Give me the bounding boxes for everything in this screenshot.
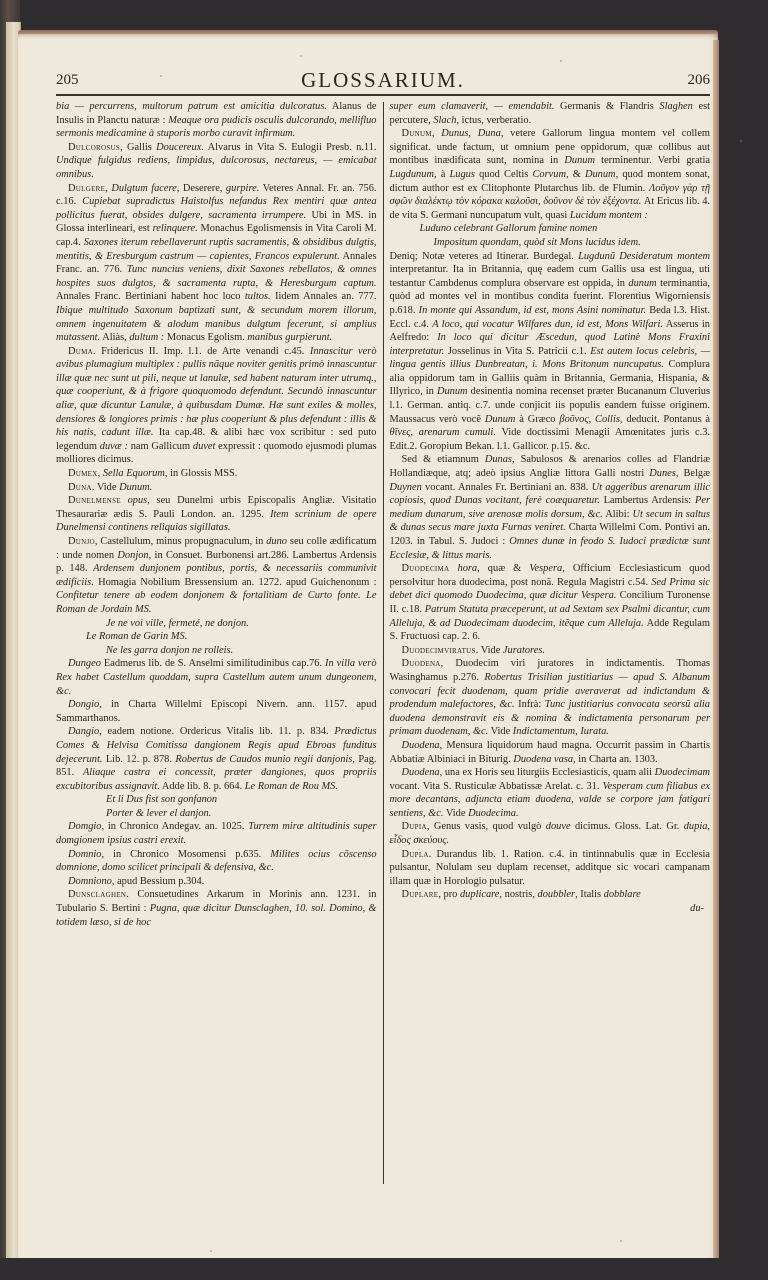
glossary-entry: Dunjo, Castellulum, minus propugnaculum,… <box>56 535 377 617</box>
italic-text: Duodecimam <box>655 767 710 778</box>
glossary-entry: Duna. Vide Dunum. <box>56 481 377 495</box>
headword: Duplare <box>402 889 439 900</box>
headword: Dulgere <box>68 183 105 194</box>
italic-text: Lucidum montem : <box>570 210 648 221</box>
italic-text: Lugus <box>450 169 475 180</box>
roman-text: nam Gallicum <box>128 441 193 452</box>
italic-text: Duodena <box>402 740 440 751</box>
italic-text: duplicare <box>460 889 499 900</box>
roman-text: terminentur. Verbi gratia <box>595 155 710 166</box>
glossary-entry: Sed & etiamnum Dunas, Sabulosos & arenar… <box>390 453 711 562</box>
page-number-right: 206 <box>688 72 711 89</box>
roman-text: Annales Franc. Bertiniani habent hoc loc… <box>56 291 245 302</box>
roman-text: Monacus Egolism. <box>164 332 247 343</box>
italic-text: Slach <box>433 115 456 126</box>
roman-text: , Italis <box>575 889 604 900</box>
italic-text: Dulgtum facere <box>111 183 176 194</box>
italic-text: duvet <box>193 441 216 452</box>
italic-text: dupia <box>684 821 708 832</box>
italic-text: Sella Equorum, <box>103 468 168 479</box>
glossary-entry: Dangio, eadem notione. Ordericus Vitalis… <box>56 725 377 793</box>
italic-text: Dunum. <box>119 482 152 493</box>
italic-text: Indictamentum, Iurata. <box>513 726 609 737</box>
headword: Dulcorosus <box>68 142 120 153</box>
verse-line: Porter & lever el danjon. <box>106 807 377 821</box>
italic-text: In monte qui Assandum, id est, mons Asin… <box>419 305 647 316</box>
italic-text: dobblare <box>604 889 641 900</box>
roman-text: Sed & etiamnum <box>402 454 485 465</box>
italic-text: Dunum <box>564 155 595 166</box>
roman-text: Vide <box>488 726 513 737</box>
roman-text: . Vide <box>92 482 119 493</box>
glossary-entry: Domnio, in Chronico Mosomensi p.635. Mil… <box>56 848 377 875</box>
left-column: bia — percurrens, multorum patrum est am… <box>56 100 383 1184</box>
italic-text: dultum : <box>129 332 164 343</box>
italic-text: Dunus, Duna <box>441 128 501 139</box>
right-column: super eum clamaverit, — emendabit. Germa… <box>384 100 711 1184</box>
verse-line: Ne les garra donjon ne rolleis. <box>106 644 377 658</box>
paper-fleck <box>700 420 702 422</box>
glossary-entry: Dunum, Dunus, Duna, vetere Gallorum ling… <box>390 127 711 222</box>
roman-text: , pro <box>438 889 460 900</box>
italic-text: Duodena vasa <box>513 754 573 765</box>
italic-text: Le Roman de Rou MS. <box>245 781 338 792</box>
entry-continuation: bia — percurrens, multorum patrum est am… <box>56 100 377 141</box>
italic-text: Duodecima. <box>468 808 519 819</box>
headword: Dunjo <box>68 536 95 547</box>
glossary-entry: Duodena, Duodecim viri juratores in indi… <box>390 657 711 739</box>
roman-text: Josselinus in Vita S. Patricii c.1. <box>444 346 590 357</box>
glossary-entry: Dunsclaghen. Consuetudines Arkarum in Mo… <box>56 888 377 929</box>
roman-text: vocant. Annales Fr. Bertiniani an. 838. <box>422 482 592 493</box>
roman-text <box>121 495 128 506</box>
glossary-entry: Dulcorosus, Gallis Doucereux. Alvarus in… <box>56 141 377 182</box>
italic-text: Dungeo <box>68 658 101 669</box>
paper-fleck <box>540 390 542 392</box>
italic-text: Domniono <box>68 876 112 887</box>
glossary-entry: Duodecimviratus. Vide Juratores. <box>390 644 711 658</box>
italic-text: Collis <box>595 414 620 425</box>
headword: Duodena <box>402 658 441 669</box>
roman-text: , Genus vasis, quod vulgò <box>427 821 546 832</box>
italic-text: Donjon <box>117 550 148 561</box>
roman-text: quod Celtis <box>475 169 533 180</box>
roman-text: , eadem notione. Ordericus Vitalis lib. … <box>99 726 334 737</box>
paper-fleck <box>160 75 162 77</box>
roman-text: Germanis & Flandris <box>554 101 659 112</box>
roman-text: , <box>410 427 418 438</box>
roman-text: Deniq; Notæ veteres ad Itinerar. Burdega… <box>390 251 579 262</box>
paper-fleck <box>740 140 742 142</box>
italic-text: duno <box>266 536 287 547</box>
glossary-entry: Dungeo Eadmerus lib. de S. Anselmi simil… <box>56 657 377 698</box>
italic-text: Lugdunum <box>390 169 434 180</box>
verse-line: Le Roman de Garin MS. <box>86 630 377 644</box>
roman-text: , in Chronico Mosomensi p.635. <box>101 849 270 860</box>
roman-text: , <box>432 128 441 139</box>
greek-text: βοῦνος <box>559 414 588 425</box>
italic-text: Duynen <box>390 482 422 493</box>
italic-text: Dangio <box>68 726 99 737</box>
glossary-entry: Dupla. Durandus lib. 1. Ration. c.4. in … <box>390 848 711 889</box>
headword: Duma <box>68 346 93 357</box>
catchword: du- <box>390 902 711 916</box>
italic-text: Dunum <box>437 386 468 397</box>
roman-text: Vide <box>443 808 468 819</box>
italic-text: Undique fulgidus rediens, limpidus, dulc… <box>56 155 377 180</box>
glossary-entry: Duma. Fridericus II. Imp. l.1. de Arte v… <box>56 345 377 467</box>
italic-text: A loco, qui vocatur Wilfares dun, id est… <box>432 319 663 330</box>
roman-text: , & <box>566 169 585 180</box>
headword: Dupia <box>402 821 427 832</box>
italic-text: Vespera <box>529 563 562 574</box>
italic-text: opus <box>128 495 148 506</box>
italic-text: relinquere. <box>153 223 198 234</box>
italic-text: Innascitur verò avibus plumagium multipl… <box>56 346 377 439</box>
roman-text: , Deserere, <box>177 183 226 194</box>
italic-text: Domnio <box>68 849 101 860</box>
roman-text: Lambertus Ardensis: <box>600 495 695 506</box>
verse-line: Luduno celebrant Gallorum famine nomen <box>420 222 711 236</box>
roman-text: Eadmerus lib. de S. Anselmi similitudini… <box>101 658 325 669</box>
headword: Dunsclaghen <box>68 889 126 900</box>
greek-text: θῖνες <box>390 427 411 438</box>
italic-text: Robertus de Caudos munio regii danjonis <box>175 754 352 765</box>
roman-text: , quæ & <box>477 563 529 574</box>
glossary-entry: Dulgere, Dulgtum facere, Deserere, gurpi… <box>56 182 377 345</box>
headword: Dumex <box>68 468 98 479</box>
roman-text <box>449 563 457 574</box>
roman-text: . Durandus lib. 1. Ration. c.4. in tinti… <box>390 849 711 887</box>
roman-text: Lib. 12. p. 878. <box>102 754 175 765</box>
glossary-entry: Dumex, Sella Equorum, in Glossis MSS. <box>56 467 377 481</box>
roman-text: , ictus, verberatio. <box>456 115 531 126</box>
headword: Dupla <box>402 849 429 860</box>
roman-text: , in Chronico Andegav. an. 1025. <box>101 821 248 832</box>
roman-text: dicimus. Gloss. Lat. Gr. <box>571 821 684 832</box>
roman-text: , nostris, <box>499 889 537 900</box>
header-rule <box>56 94 710 96</box>
roman-text: , una ex Horis seu liturgiis Ecclesiasti… <box>440 767 655 778</box>
roman-text: , à <box>434 169 450 180</box>
verse-line: Je ne voi ville, fermeté, ne donjon. <box>106 617 377 631</box>
italic-text: douve <box>546 821 571 832</box>
italic-text: arenarum cumuli. <box>419 427 496 438</box>
roman-text: , in Charta Willelmi Episcopi Nivern. an… <box>56 699 377 724</box>
italic-text: gurpire. <box>226 183 259 194</box>
roman-text: . Fridericus II. Imp. l.1. de Arte venan… <box>93 346 310 357</box>
glossary-entry: Duodena, una ex Horis seu liturgiis Eccl… <box>390 766 711 820</box>
roman-text: , Belgæ <box>676 468 710 479</box>
italic-text: Dongio <box>68 699 99 710</box>
italic-text: doubbler <box>538 889 576 900</box>
headword: Dunelmense <box>68 495 121 506</box>
glossary-entry: Domgio, in Chronico Andegav. an. 1025. T… <box>56 820 377 847</box>
italic-text: Slaghen <box>659 101 692 112</box>
italic-text: super eum clamaverit, — emendabit. <box>390 101 555 112</box>
headword: Duna <box>68 482 92 493</box>
italic-text: Confitetur tenere ab eodem donjonem & fo… <box>56 590 361 601</box>
roman-text: Homagia Nobilium Bressensium an. 1272. a… <box>94 577 377 588</box>
italic-text: Corvum <box>532 169 565 180</box>
glossary-entry: Duodena, Mensura liquidorum haud magna. … <box>390 739 711 766</box>
background-surface <box>0 1258 768 1280</box>
italic-text: Dunum <box>485 414 516 425</box>
paper-fleck <box>300 55 302 57</box>
italic-text: hora <box>458 563 478 574</box>
italic-text: Duodena <box>402 767 440 778</box>
italic-text: duvæ : <box>100 441 128 452</box>
italic-text: Dunes <box>649 468 676 479</box>
headword: Duodecimviratus <box>402 645 476 656</box>
verse-line: Et li Dus fist son gonfanon <box>106 793 377 807</box>
italic-text: dunum <box>628 278 656 289</box>
italic-text: tultos. <box>245 291 271 302</box>
paper-fleck <box>620 1240 622 1242</box>
roman-text: vocant. Vita S. Rusticulæ Abbatissæ Arel… <box>390 781 603 792</box>
headword: Dunum <box>402 128 432 139</box>
glossary-entry: Duplare, pro duplicare, nostris, doubble… <box>390 888 711 902</box>
glossary-entry: Duodecima hora, quæ & Vespera, Officium … <box>390 562 711 644</box>
roman-text: in Glossis MSS. <box>167 468 237 479</box>
roman-text: Adde lib. 8. p. 664. <box>160 781 245 792</box>
italic-text: Doucereux. <box>156 142 204 153</box>
italic-text: Dunum <box>585 169 616 180</box>
entry-continuation: super eum clamaverit, — emendabit. Germa… <box>390 100 711 127</box>
roman-text: , apud Bessium p.304. <box>112 876 204 887</box>
roman-text: , Castellulum, minus propugnaculum, in <box>95 536 266 547</box>
roman-text: Iidem Annales an. 777. <box>271 291 377 302</box>
text-columns: bia — percurrens, multorum patrum est am… <box>56 100 710 1184</box>
roman-text: Infrà: <box>515 699 545 710</box>
roman-text: , in Charta an. 1303. <box>573 754 658 765</box>
roman-text: , deducit. Pontanus à <box>620 414 710 425</box>
greek-text: εἶδος σκεύους. <box>390 835 450 846</box>
roman-text: , Gallis <box>120 142 156 153</box>
roman-text: Alvarus in Vita S. Eulogii Presb. n.11. <box>204 142 377 153</box>
italic-text: Lugdunũ Desideratum montem <box>578 251 710 262</box>
glossary-entry: Dongio, in Charta Willelmi Episcopi Nive… <box>56 698 377 725</box>
running-head: 205 GLOSSARIUM. 206 <box>56 68 710 92</box>
italic-text: Domgio <box>68 821 101 832</box>
italic-text: Saxones iterum rebellaverunt ruptis sacr… <box>56 237 377 262</box>
italic-text: manibus gurpierunt. <box>247 332 332 343</box>
glossary-entry: Dupia, Genus vasis, quod vulgò douve dic… <box>390 820 711 847</box>
italic-text: Juratores. <box>503 645 545 656</box>
roman-text: Aliàs, <box>100 332 129 343</box>
glossary-entry: Domniono, apud Bessium p.304. <box>56 875 377 889</box>
paper-fleck <box>210 1250 212 1252</box>
glossary-entry: Dunelmense opus, seu Dunelmi urbis Episc… <box>56 494 377 535</box>
verse-line: Impositum quondam, quòd sit Mons lucidus… <box>434 236 711 250</box>
headword: Duodecima <box>402 563 450 574</box>
entry-continuation: Deniq; Notæ veteres ad Itinerar. Burdega… <box>390 250 711 454</box>
roman-text: à Græco <box>515 414 559 425</box>
roman-text: , <box>707 821 710 832</box>
page-fore-edge <box>713 40 719 1258</box>
page-title: GLOSSARIUM. <box>56 68 710 93</box>
roman-text: Alibi: <box>603 509 633 520</box>
italic-text: Dunas <box>485 454 512 465</box>
italic-text: bia — percurrens, multorum patrum est am… <box>56 101 327 112</box>
paper-fleck <box>560 60 562 62</box>
roman-text: . Vide <box>476 645 503 656</box>
